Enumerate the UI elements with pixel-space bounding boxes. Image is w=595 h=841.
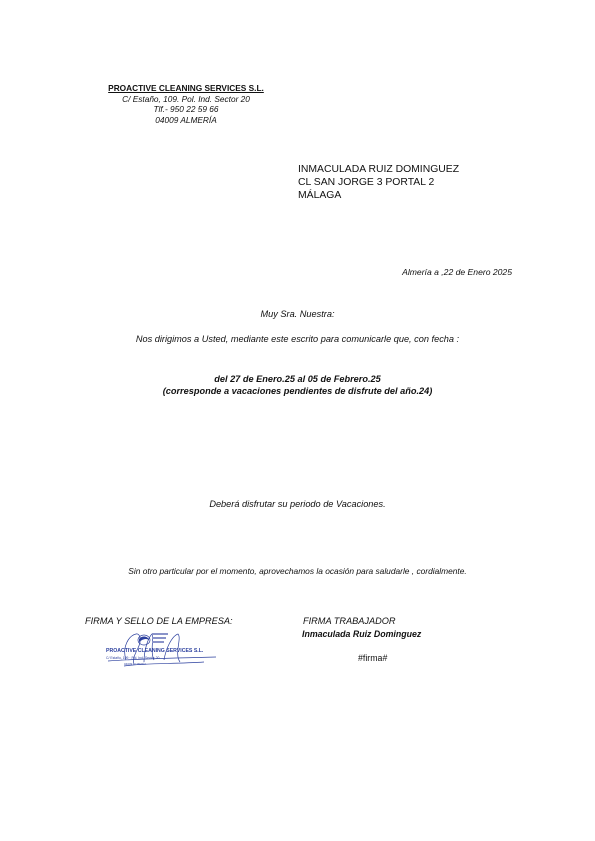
intro-paragraph: Nos dirigimos a Usted, mediante este esc… — [0, 334, 595, 344]
company-stamp: PROACTIVE CLEANING SERVICES S.L. C/ Esta… — [104, 630, 222, 670]
svg-text:PROACTIVE CLEANING SERVICES S.: PROACTIVE CLEANING SERVICES S.L. — [106, 648, 204, 654]
vacation-period: del 27 de Enero.25 al 05 de Febrero.25 (… — [0, 374, 595, 397]
sender-phone: Tlf.- 950 22 59 66 — [96, 104, 276, 115]
closing-paragraph: Sin otro particular por el momento, apro… — [0, 566, 595, 576]
date-line: Almería a ,22 de Enero 2025 — [402, 267, 512, 277]
sender-company: PROACTIVE CLEANING SERVICES S.L. — [96, 83, 276, 94]
worker-name: Inmaculada Ruiz Dominguez — [302, 629, 421, 639]
worker-signature-placeholder: #firma# — [358, 653, 387, 663]
greeting: Muy Sra. Nuestra: — [0, 309, 595, 319]
svg-text:C/ Estaño, 109 · Pol. Ind. Sec: C/ Estaño, 109 · Pol. Ind. Sector 20 — [106, 656, 159, 660]
recipient-name: INMACULADA RUIZ DOMINGUEZ — [298, 163, 459, 176]
vacation-note: (corresponde a vacaciones pendientes de … — [0, 386, 595, 398]
company-signature-label: FIRMA Y SELLO DE LA EMPRESA: — [85, 616, 233, 626]
recipient-block: INMACULADA RUIZ DOMINGUEZ CL SAN JORGE 3… — [298, 163, 459, 203]
svg-text:04009 ALMERÍA: 04009 ALMERÍA — [124, 662, 146, 666]
stamp-signature-icon: PROACTIVE CLEANING SERVICES S.L. C/ Esta… — [104, 630, 222, 670]
sender-address: C/ Estaño, 109. Pol. Ind. Sector 20 — [96, 94, 276, 105]
worker-signature-label: FIRMA TRABAJADOR — [303, 616, 396, 626]
notice-paragraph: Deberá disfrutar su periodo de Vacacione… — [0, 499, 595, 509]
sender-city: 04009 ALMERÍA — [96, 115, 276, 126]
vacation-dates: del 27 de Enero.25 al 05 de Febrero.25 — [0, 374, 595, 386]
sender-block: PROACTIVE CLEANING SERVICES S.L. C/ Esta… — [96, 83, 276, 125]
recipient-city: MÁLAGA — [298, 189, 459, 202]
recipient-address: CL SAN JORGE 3 PORTAL 2 — [298, 176, 459, 189]
